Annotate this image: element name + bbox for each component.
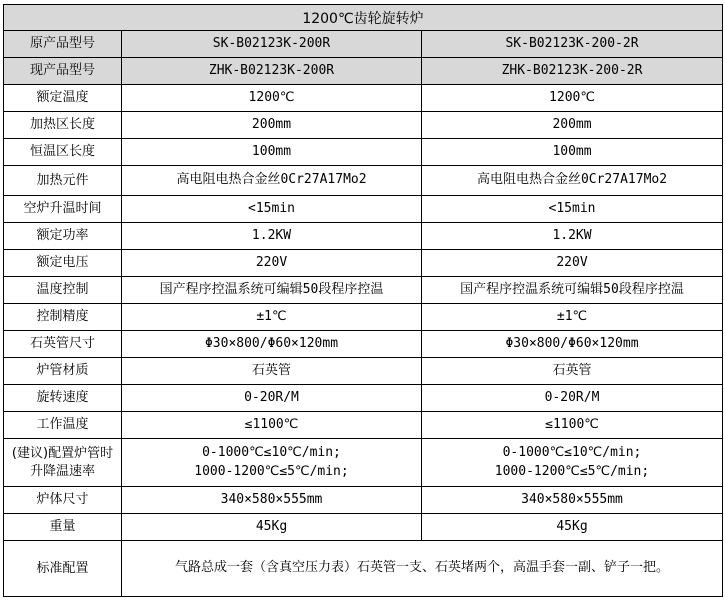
- spec-value: 国产程序控温系统可编辑50段程序控温: [422, 277, 723, 304]
- rate-line-2: 1000-1200℃≤5℃/min;: [425, 463, 719, 481]
- table-row: 原产品型号 SK-B02123K-200R SK-B02123K-200-2R: [4, 31, 723, 58]
- row-label: 工作温度: [4, 412, 122, 439]
- spec-value: Φ30×800/Φ60×120mm: [422, 331, 723, 358]
- spec-value: 100mm: [122, 139, 422, 166]
- table-row: 额定电压 220V 220V: [4, 250, 723, 277]
- page: 1200℃齿轮旋转炉 原产品型号 SK-B02123K-200R SK-B021…: [0, 0, 725, 600]
- table-row: 现产品型号 ZHK-B02123K-200R ZHK-B02123K-200-2…: [4, 58, 723, 85]
- table-row: 石英管尺寸 Φ30×800/Φ60×120mm Φ30×800/Φ60×120m…: [4, 331, 723, 358]
- spec-value: 45Kg: [122, 514, 422, 541]
- table-row: 炉体尺寸 340×580×555mm 340×580×555mm: [4, 487, 723, 514]
- spec-value: ZHK-B02123K-200-2R: [422, 58, 723, 85]
- spec-value: 0-20R/M: [122, 385, 422, 412]
- spec-value: 220V: [122, 250, 422, 277]
- spec-value: 石英管: [422, 358, 723, 385]
- table-row: 额定功率 1.2KW 1.2KW: [4, 223, 723, 250]
- row-label: 恒温区长度: [4, 139, 122, 166]
- spec-value: 0-1000℃≤10℃/min; 1000-1200℃≤5℃/min;: [122, 439, 422, 487]
- table-row: 恒温区长度 100mm 100mm: [4, 139, 723, 166]
- row-label: 旋转速度: [4, 385, 122, 412]
- spec-value: 0-1000℃≤10℃/min; 1000-1200℃≤5℃/min;: [422, 439, 723, 487]
- table-row: 温度控制 国产程序控温系统可编辑50段程序控温 国产程序控温系统可编辑50段程序…: [4, 277, 723, 304]
- table-title-row: 1200℃齿轮旋转炉: [4, 5, 723, 31]
- spec-value: ≤1100℃: [122, 412, 422, 439]
- row-label: 额定温度: [4, 85, 122, 112]
- table-row: 标准配置 气路总成一套（含真空压力表）石英管一支、石英堵两个，高温手套一副、铲子…: [4, 541, 723, 597]
- row-label: 温度控制: [4, 277, 122, 304]
- row-label: 标准配置: [4, 541, 122, 597]
- spec-value: ±1℃: [422, 304, 723, 331]
- spec-value: 0-20R/M: [422, 385, 723, 412]
- row-label: 额定功率: [4, 223, 122, 250]
- row-label: 原产品型号: [4, 31, 122, 58]
- spec-value: 1200℃: [422, 85, 723, 112]
- spec-value: <15min: [122, 196, 422, 223]
- row-label: (建议)配置炉管时升降温速率: [4, 439, 122, 487]
- rate-line-1: 0-1000℃≤10℃/min;: [125, 444, 418, 462]
- row-label: 空炉升温时间: [4, 196, 122, 223]
- spec-value: ZHK-B02123K-200R: [122, 58, 422, 85]
- spec-value: 200mm: [122, 112, 422, 139]
- spec-value: 45Kg: [422, 514, 723, 541]
- spec-value: Φ30×800/Φ60×120mm: [122, 331, 422, 358]
- table-row: 加热区长度 200mm 200mm: [4, 112, 723, 139]
- spec-value: ≤1100℃: [422, 412, 723, 439]
- row-label: 现产品型号: [4, 58, 122, 85]
- row-label: 加热区长度: [4, 112, 122, 139]
- row-label: 控制精度: [4, 304, 122, 331]
- table-row: 空炉升温时间 <15min <15min: [4, 196, 723, 223]
- table-row: 额定温度 1200℃ 1200℃: [4, 85, 723, 112]
- spec-value: 340×580×555mm: [422, 487, 723, 514]
- row-label: 石英管尺寸: [4, 331, 122, 358]
- spec-value: ±1℃: [122, 304, 422, 331]
- spec-value: 高电阻电热合金丝0Cr27A17Mo2: [122, 166, 422, 196]
- table-row: 加热元件 高电阻电热合金丝0Cr27A17Mo2 高电阻电热合金丝0Cr27A1…: [4, 166, 723, 196]
- spec-value: 100mm: [422, 139, 723, 166]
- spec-value: 200mm: [422, 112, 723, 139]
- row-label: 加热元件: [4, 166, 122, 196]
- spec-value: <15min: [422, 196, 723, 223]
- spec-table: 1200℃齿轮旋转炉 原产品型号 SK-B02123K-200R SK-B021…: [3, 4, 723, 597]
- spec-value: 1200℃: [122, 85, 422, 112]
- spec-value: 国产程序控温系统可编辑50段程序控温: [122, 277, 422, 304]
- table-row: 炉管材质 石英管 石英管: [4, 358, 723, 385]
- table-row: 工作温度 ≤1100℃ ≤1100℃: [4, 412, 723, 439]
- spec-value: 1.2KW: [422, 223, 723, 250]
- spec-value: SK-B02123K-200-2R: [422, 31, 723, 58]
- table-row: 旋转速度 0-20R/M 0-20R/M: [4, 385, 723, 412]
- row-label: 重量: [4, 514, 122, 541]
- spec-value: 石英管: [122, 358, 422, 385]
- table-title: 1200℃齿轮旋转炉: [4, 5, 723, 31]
- table-row: 重量 45Kg 45Kg: [4, 514, 723, 541]
- row-label: 炉体尺寸: [4, 487, 122, 514]
- spec-value: 1.2KW: [122, 223, 422, 250]
- table-row: 控制精度 ±1℃ ±1℃: [4, 304, 723, 331]
- rate-line-1: 0-1000℃≤10℃/min;: [425, 444, 719, 462]
- row-label: 额定电压: [4, 250, 122, 277]
- spec-value: 高电阻电热合金丝0Cr27A17Mo2: [422, 166, 723, 196]
- spec-value: 340×580×555mm: [122, 487, 422, 514]
- spec-value: SK-B02123K-200R: [122, 31, 422, 58]
- row-label: 炉管材质: [4, 358, 122, 385]
- spec-value: 220V: [422, 250, 723, 277]
- table-row: (建议)配置炉管时升降温速率 0-1000℃≤10℃/min; 1000-120…: [4, 439, 723, 487]
- standard-config-value: 气路总成一套（含真空压力表）石英管一支、石英堵两个，高温手套一副、铲子一把。: [122, 541, 723, 597]
- rate-line-2: 1000-1200℃≤5℃/min;: [125, 463, 418, 481]
